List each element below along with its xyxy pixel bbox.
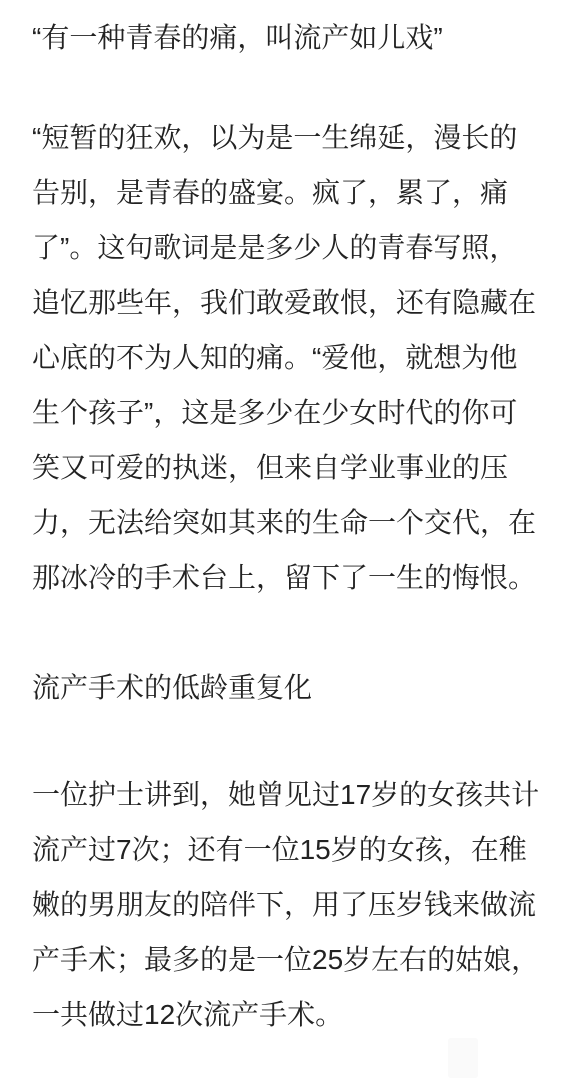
paragraph-1: “短暂的狂欢，以为是一生绵延，漫长的 告别，是青春的盛宴。疯了，累了，痛 了”。… (32, 110, 546, 605)
paragraph-line: 力，无法给突如其来的生命一个交代，在 (32, 495, 546, 550)
paragraph-line: 了”。这句歌词是是多少人的青春写照， (32, 220, 546, 275)
article-title: “有一种青春的痛，叫流产如儿戏” (32, 10, 546, 65)
watermark (448, 1038, 478, 1078)
paragraph-line: 嫩的男朋友的陪伴下，用了压岁钱来做流 (32, 877, 546, 932)
article-page: “有一种青春的痛，叫流产如儿戏” “短暂的狂欢，以为是一生绵延，漫长的 告别，是… (0, 0, 580, 1082)
paragraph-line: 追忆那些年，我们敢爱敢恨，还有隐藏在 (32, 275, 546, 330)
article-title-block: “有一种青春的痛，叫流产如儿戏” (32, 10, 546, 65)
section-heading: 流产手术的低龄重复化 (32, 660, 546, 715)
paragraph-2: 一位护士讲到，她曾见过17岁的女孩共计 流产过7次；还有一位15岁的女孩，在稚 … (32, 767, 546, 1042)
paragraph-line: 一共做过12次流产手术。 (32, 987, 546, 1042)
paragraph-line: 心底的不为人知的痛。“爱他，就想为他 (32, 330, 546, 385)
paragraph-line: 产手术；最多的是一位25岁左右的姑娘， (32, 932, 546, 987)
paragraph-line: “短暂的狂欢，以为是一生绵延，漫长的 (32, 110, 546, 165)
paragraph-line: 流产过7次；还有一位15岁的女孩，在稚 (32, 822, 546, 877)
paragraph-line: 告别，是青春的盛宴。疯了，累了，痛 (32, 165, 546, 220)
paragraph-line: 那冰冷的手术台上，留下了一生的悔恨。 (32, 550, 546, 605)
paragraph-line: 生个孩子”，这是多少在少女时代的你可 (32, 385, 546, 440)
section-heading-block: 流产手术的低龄重复化 (32, 660, 546, 715)
paragraph-line: 一位护士讲到，她曾见过17岁的女孩共计 (32, 767, 546, 822)
paragraph-line: 笑又可爱的执迷，但来自学业事业的压 (32, 440, 546, 495)
